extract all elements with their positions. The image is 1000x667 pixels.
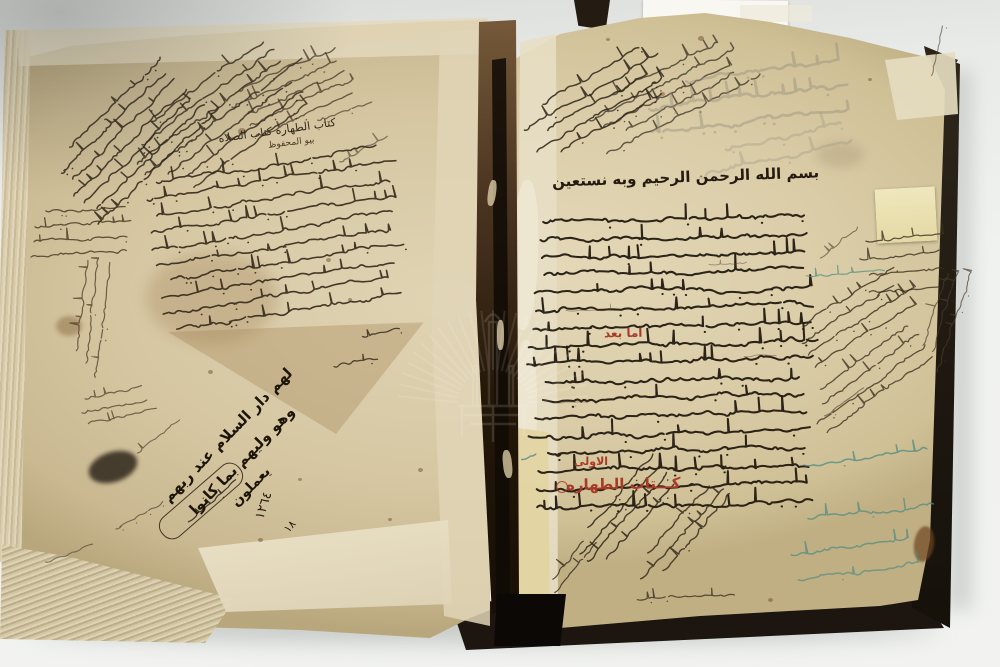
gutter-paper-chip — [497, 320, 504, 350]
binding-exposed-bottom — [494, 594, 566, 646]
stain — [816, 142, 864, 168]
corner-patch-top-right — [885, 52, 960, 122]
manuscript-photo: بسم الله الرحمن الرحيم وبه نستعين اما بع… — [0, 0, 1000, 667]
red-rubric-al-ula: الاولى — [574, 455, 608, 468]
stain — [56, 316, 82, 336]
red-ink-ring — [556, 481, 568, 493]
red-rubric-amma-baad: اما بعد — [604, 326, 643, 341]
stain — [146, 252, 278, 344]
red-rubric-kitab-al-tahara: كـــتاب الطهاره — [566, 474, 681, 494]
yellow-bookmark-tab — [875, 186, 938, 243]
